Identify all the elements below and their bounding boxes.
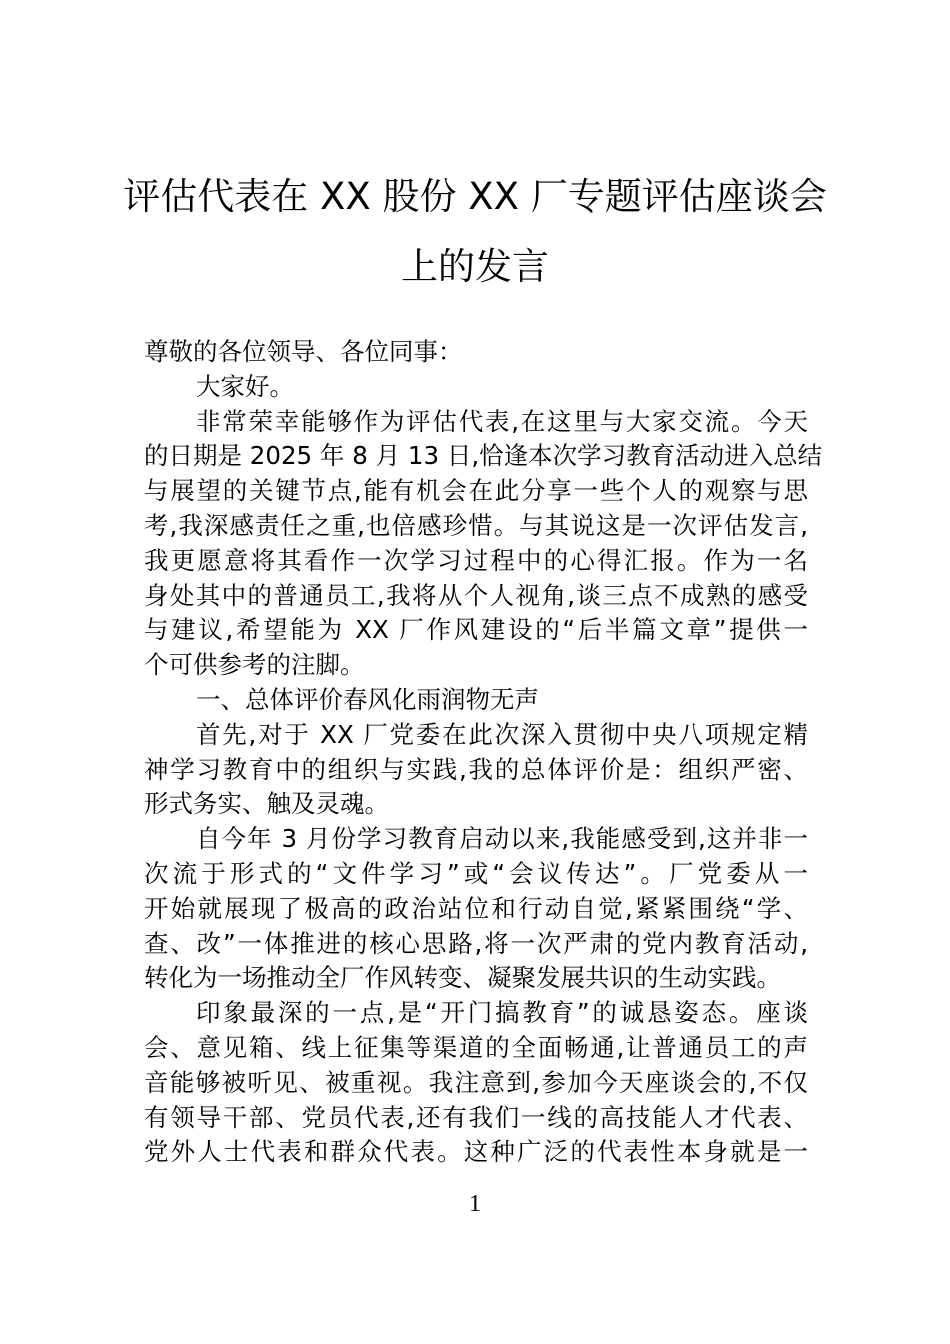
salutation: 尊敬的各位领导、各位同事： <box>144 335 808 370</box>
document-body: 尊敬的各位领导、各位同事： 大家好。 非常荣幸能够作为评估代表,在这里与大家交流… <box>144 335 808 1170</box>
section-heading-1: 一、总体评价春风化雨润物无声 <box>144 683 808 718</box>
paragraph-3-line: 自今年 3 月份学习教育启动以来,我能感受到,这并非一 <box>144 822 808 857</box>
paragraph-1-line: 与展望的关键节点,能有机会在此分享一些个人的观察与思 <box>144 474 808 509</box>
paragraph-3-line: 次流于形式的“文件学习”或“会议传达”。厂党委从一 <box>144 857 808 892</box>
paragraph-2-line: 形式务实、触及灵魂。 <box>144 787 808 822</box>
paragraph-1-line: 个可供参考的注脚。 <box>144 648 808 683</box>
paragraph-4-line: 党外人士代表和群众代表。这种广泛的代表性本身就是一 <box>144 1135 808 1170</box>
greeting: 大家好。 <box>144 370 808 405</box>
paragraph-3-line: 查、改”一体推进的核心思路,将一次严肃的党内教育活动, <box>144 927 808 962</box>
paragraph-2-line: 神学习教育中的组织与实践,我的总体评价是：组织严密、 <box>144 753 808 788</box>
paragraph-1-line: 我更愿意将其看作一次学习过程中的心得汇报。作为一名 <box>144 544 808 579</box>
paragraph-4-line: 音能够被听见、被重视。我注意到,参加今天座谈会的,不仅 <box>144 1066 808 1101</box>
paragraph-4-line: 有领导干部、党员代表,还有我们一线的高技能人才代表、 <box>144 1101 808 1136</box>
document-title-line-2: 上的发言 <box>100 248 850 285</box>
paragraph-4-line: 印象最深的一点,是“开门搞教育”的诚恳姿态。座谈 <box>144 996 808 1031</box>
page-number: 1 <box>0 1190 950 1218</box>
paragraph-1-line: 的日期是 2025 年 8 月 13 日,恰逢本次学习教育活动进入总结 <box>144 439 808 474</box>
paragraph-2-line: 首先,对于 XX 厂党委在此次深入贯彻中央八项规定精 <box>144 718 808 753</box>
paragraph-1-line: 考,我深感责任之重,也倍感珍惜。与其说这是一次评估发言, <box>144 509 808 544</box>
paragraph-1-line: 身处其中的普通员工,我将从个人视角,谈三点不成熟的感受 <box>144 579 808 614</box>
paragraph-1-line: 非常荣幸能够作为评估代表,在这里与大家交流。今天 <box>144 405 808 440</box>
paragraph-3-line: 转化为一场推动全厂作风转变、凝聚发展共识的生动实践。 <box>144 961 808 996</box>
document-page: 评估代表在 XX 股份 XX 厂专题评估座谈会 上的发言 尊敬的各位领导、各位同… <box>0 0 950 1344</box>
document-title-line-1: 评估代表在 XX 股份 XX 厂专题评估座谈会 <box>100 178 850 215</box>
paragraph-4-line: 会、意见箱、线上征集等渠道的全面畅通,让普通员工的声 <box>144 1031 808 1066</box>
paragraph-3-line: 开始就展现了极高的政治站位和行动自觉,紧紧围绕“学、 <box>144 892 808 927</box>
paragraph-1-line: 与建议,希望能为 XX 厂作风建设的“后半篇文章”提供一 <box>144 613 808 648</box>
